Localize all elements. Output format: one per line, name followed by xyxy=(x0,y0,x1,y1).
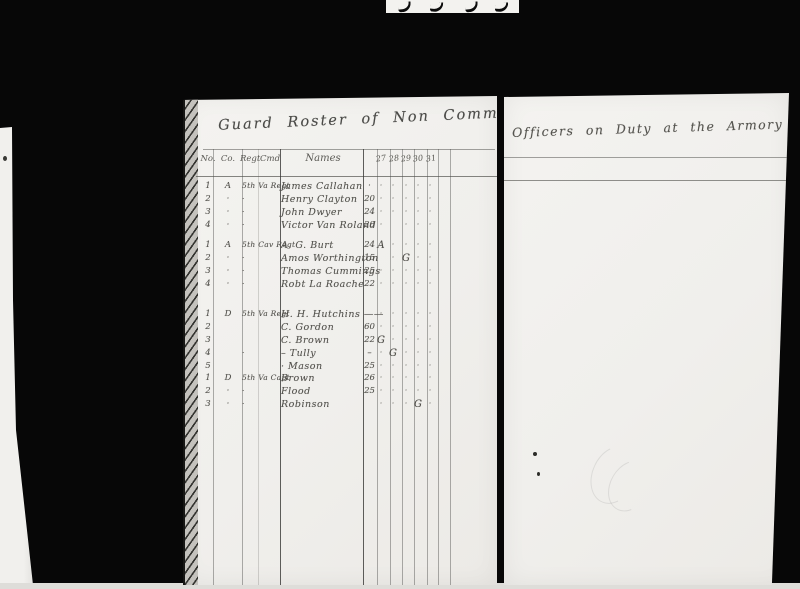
regiment-cell: · xyxy=(242,253,280,262)
row-number-cell: 1 xyxy=(199,309,217,319)
roster-row: 2··Flood25····· xyxy=(183,386,497,399)
company-cell: · xyxy=(219,266,237,276)
date-mark-cell: · xyxy=(412,322,424,331)
row-number-cell: 3 xyxy=(199,207,217,217)
roster-row: 3··Robinson···G· xyxy=(183,399,497,412)
date-mark-cell: · xyxy=(375,194,387,203)
date-mark-cell: · xyxy=(412,253,424,262)
date-mark-cell: · xyxy=(424,181,436,190)
date-mark-cell: · xyxy=(412,266,424,275)
date-mark-cell: · xyxy=(400,194,412,203)
name-cell: John Dwyer xyxy=(281,207,365,218)
company-cell: · xyxy=(219,220,237,230)
date-mark-cell: · xyxy=(412,207,424,216)
roster-row: 1A5th Va RegtJames Callahan······ xyxy=(183,181,497,194)
date-mark-cell: · xyxy=(387,386,399,395)
right-page-scan: Officers on Duty at the Armory Hall xyxy=(504,93,789,585)
regiment-cell: 5th Cav Regt xyxy=(242,240,280,249)
date-mark-cell: · xyxy=(400,361,412,370)
row-number-cell: 1 xyxy=(199,373,217,383)
date-mark-cell: · xyxy=(387,266,399,275)
row-number-cell: 3 xyxy=(199,266,217,276)
name-cell: Flood xyxy=(281,386,365,397)
company-cell: A xyxy=(219,240,237,250)
date-mark-cell: · xyxy=(375,266,387,275)
date-mark-cell: · xyxy=(424,253,436,262)
date-mark-cell: · xyxy=(400,240,412,249)
date-mark-cell: · xyxy=(424,240,436,249)
regiment-cell: · xyxy=(242,279,280,288)
date-mark-cell: · xyxy=(412,240,424,249)
date-mark-cell: · xyxy=(424,279,436,288)
date-mark-cell: · xyxy=(400,386,412,395)
row-number-cell: 2 xyxy=(199,253,217,263)
company-cell: · xyxy=(219,386,237,396)
date-mark-cell: · xyxy=(400,309,412,318)
company-cell: · xyxy=(219,253,237,263)
row-number-cell: 1 xyxy=(199,240,217,250)
name-cell: Amos Worthington xyxy=(281,253,365,264)
name-cell: C. Gordon xyxy=(281,322,365,333)
date-mark-cell: · xyxy=(424,309,436,318)
date-mark-cell: · xyxy=(375,386,387,395)
left-page-scan: Guard Roster of Non Commissioned No. Co.… xyxy=(183,96,497,585)
name-cell: James Callahan xyxy=(281,181,365,192)
regiment-cell: · xyxy=(242,194,280,203)
name-cell: Henry Clayton xyxy=(281,194,365,205)
date-mark-cell: · xyxy=(375,361,387,370)
date-mark-cell: · xyxy=(424,348,436,357)
name-cell: · Mason xyxy=(281,361,365,372)
film-frame-mark-icon xyxy=(465,1,479,12)
roster-table: 1A5th Va RegtJames Callahan······2··Henr… xyxy=(183,96,497,585)
date-mark-cell: · xyxy=(375,181,387,190)
roster-row: 4·– Tully–·G··· xyxy=(183,348,497,361)
page-title-continuation: Officers on Duty at the Armory Hall xyxy=(512,115,800,140)
date-mark-cell: · xyxy=(424,361,436,370)
date-mark-cell: · xyxy=(375,220,387,229)
date-mark-cell: · xyxy=(387,240,399,249)
regiment-cell: · xyxy=(242,386,280,395)
date-mark-cell: · xyxy=(400,266,412,275)
regiment-cell: · xyxy=(242,220,280,229)
date-mark-cell: · xyxy=(387,181,399,190)
regiment-cell: 5th Va Regt xyxy=(242,181,280,190)
left-page-edge xyxy=(0,0,34,589)
regiment-cell: · xyxy=(242,207,280,216)
date-mark-cell: A xyxy=(375,240,387,251)
date-mark-cell: · xyxy=(387,335,399,344)
row-number-cell: 2 xyxy=(199,194,217,204)
film-strip xyxy=(386,0,519,13)
date-mark-cell: · xyxy=(375,322,387,331)
row-number-cell: 5 xyxy=(199,361,217,371)
film-frame-mark-icon xyxy=(398,1,412,12)
date-mark-cell: · xyxy=(424,220,436,229)
regiment-cell: 5th Va Capt xyxy=(242,373,280,382)
date-mark-cell: · xyxy=(387,194,399,203)
roster-row: 4··Robt La Roache22····· xyxy=(183,279,497,292)
date-mark-cell: · xyxy=(400,335,412,344)
regiment-cell: · xyxy=(242,266,280,275)
row-number-cell: 1 xyxy=(199,181,217,191)
row-number-cell: 4 xyxy=(199,220,217,230)
film-frame-mark-icon xyxy=(430,2,444,13)
roster-row: 1D5th Va CaptBrown26····· xyxy=(183,373,497,386)
date-mark-cell: · xyxy=(412,361,424,370)
name-cell: A. G. Burt xyxy=(281,240,365,251)
row-number-cell: 4 xyxy=(199,348,217,358)
date-mark-cell: · xyxy=(387,322,399,331)
row-number-cell: 2 xyxy=(199,322,217,332)
date-mark-cell: · xyxy=(412,309,424,318)
date-mark-cell: · xyxy=(400,348,412,357)
ink-speck xyxy=(537,472,540,476)
row-number-cell: 3 xyxy=(199,335,217,345)
date-mark-cell: · xyxy=(412,181,424,190)
date-mark-cell: · xyxy=(400,181,412,190)
roster-row: 2··Henry Clayton20····· xyxy=(183,194,497,207)
roster-row: 3··John Dwyer24····· xyxy=(183,207,497,220)
date-mark-cell: · xyxy=(387,279,399,288)
name-cell: Robt La Roache xyxy=(281,279,365,290)
date-mark-cell: · xyxy=(400,373,412,382)
roster-row: 1A5th Cav RegtA. G. Burt24A···· xyxy=(183,240,497,253)
date-mark-cell: · xyxy=(375,399,387,408)
roster-row: 3··Thomas Cummings25····· xyxy=(183,266,497,279)
roster-row: 3C. Brown22G···· xyxy=(183,335,497,348)
regiment-cell: · xyxy=(242,348,280,357)
row-number-cell: 3 xyxy=(199,399,217,409)
company-cell: · xyxy=(219,207,237,217)
date-mark-cell: G xyxy=(387,348,399,359)
date-mark-cell: · xyxy=(387,207,399,216)
date-mark-cell: · xyxy=(400,279,412,288)
date-mark-cell: · xyxy=(412,194,424,203)
name-cell: Brown xyxy=(281,373,365,384)
company-cell: · xyxy=(219,399,237,409)
date-mark-cell: · xyxy=(400,322,412,331)
date-mark-cell: · xyxy=(387,361,399,370)
date-mark-cell: · xyxy=(387,253,399,262)
date-mark-cell: · xyxy=(400,399,412,408)
date-mark-cell: · xyxy=(400,220,412,229)
regiment-cell: 5th Va Regt xyxy=(242,309,280,318)
roster-row: 4··Victor Van Roland20···· xyxy=(183,220,497,233)
date-mark-cell: · xyxy=(400,207,412,216)
ink-speck xyxy=(3,156,7,161)
roster-row: 1D5th Va RegtH. H. Hutchins ——····· xyxy=(183,309,497,322)
date-mark-cell: · xyxy=(375,373,387,382)
date-mark-cell: G xyxy=(412,399,424,410)
date-mark-cell: · xyxy=(424,207,436,216)
date-mark-cell: G xyxy=(375,335,387,346)
date-mark-cell: · xyxy=(387,399,399,408)
name-cell: H. H. Hutchins —— xyxy=(281,309,365,320)
company-cell: · xyxy=(219,194,237,204)
date-mark-cell: · xyxy=(424,399,436,408)
company-cell: A xyxy=(219,181,237,191)
date-mark-cell: · xyxy=(412,279,424,288)
date-mark-cell: G xyxy=(400,253,412,264)
film-frame-mark-icon xyxy=(495,2,509,13)
company-cell: D xyxy=(219,309,237,319)
date-mark-cell: · xyxy=(375,309,387,318)
company-cell: D xyxy=(219,373,237,383)
microfilm-scan-frame: Guard Roster of Non Commissioned No. Co.… xyxy=(0,0,800,589)
date-mark-cell: · xyxy=(375,279,387,288)
date-mark-cell: · xyxy=(412,335,424,344)
name-cell: Thomas Cummings xyxy=(281,266,365,277)
date-mark-cell: · xyxy=(387,309,399,318)
name-cell: Victor Van Roland xyxy=(281,220,365,231)
date-mark-cell: · xyxy=(424,322,436,331)
date-mark-cell: · xyxy=(424,194,436,203)
company-cell: · xyxy=(219,279,237,289)
name-cell: – Tully xyxy=(281,348,365,359)
date-mark-cell: · xyxy=(387,373,399,382)
row-number-cell: 2 xyxy=(199,386,217,396)
date-mark-cell: · xyxy=(412,220,424,229)
date-mark-cell: · xyxy=(412,386,424,395)
header-rule-bottom-right xyxy=(504,180,789,181)
header-rule-top-right xyxy=(504,157,789,158)
date-mark-cell: · xyxy=(424,266,436,275)
ink-speck xyxy=(533,452,537,456)
roster-row: 2··Amos Worthington15·G·· xyxy=(183,253,497,266)
name-cell: C. Brown xyxy=(281,335,365,346)
date-mark-cell: · xyxy=(424,386,436,395)
roster-row: 2C. Gordon60····· xyxy=(183,322,497,335)
date-mark-cell: · xyxy=(412,348,424,357)
date-mark-cell: · xyxy=(424,373,436,382)
date-mark-cell: · xyxy=(375,348,387,357)
date-mark-cell: · xyxy=(412,373,424,382)
regiment-cell: · xyxy=(242,399,280,408)
date-mark-cell: · xyxy=(375,207,387,216)
date-mark-cell: · xyxy=(424,335,436,344)
tally-cell: 15 xyxy=(361,253,378,263)
name-cell: Robinson xyxy=(281,399,365,410)
row-number-cell: 4 xyxy=(199,279,217,289)
